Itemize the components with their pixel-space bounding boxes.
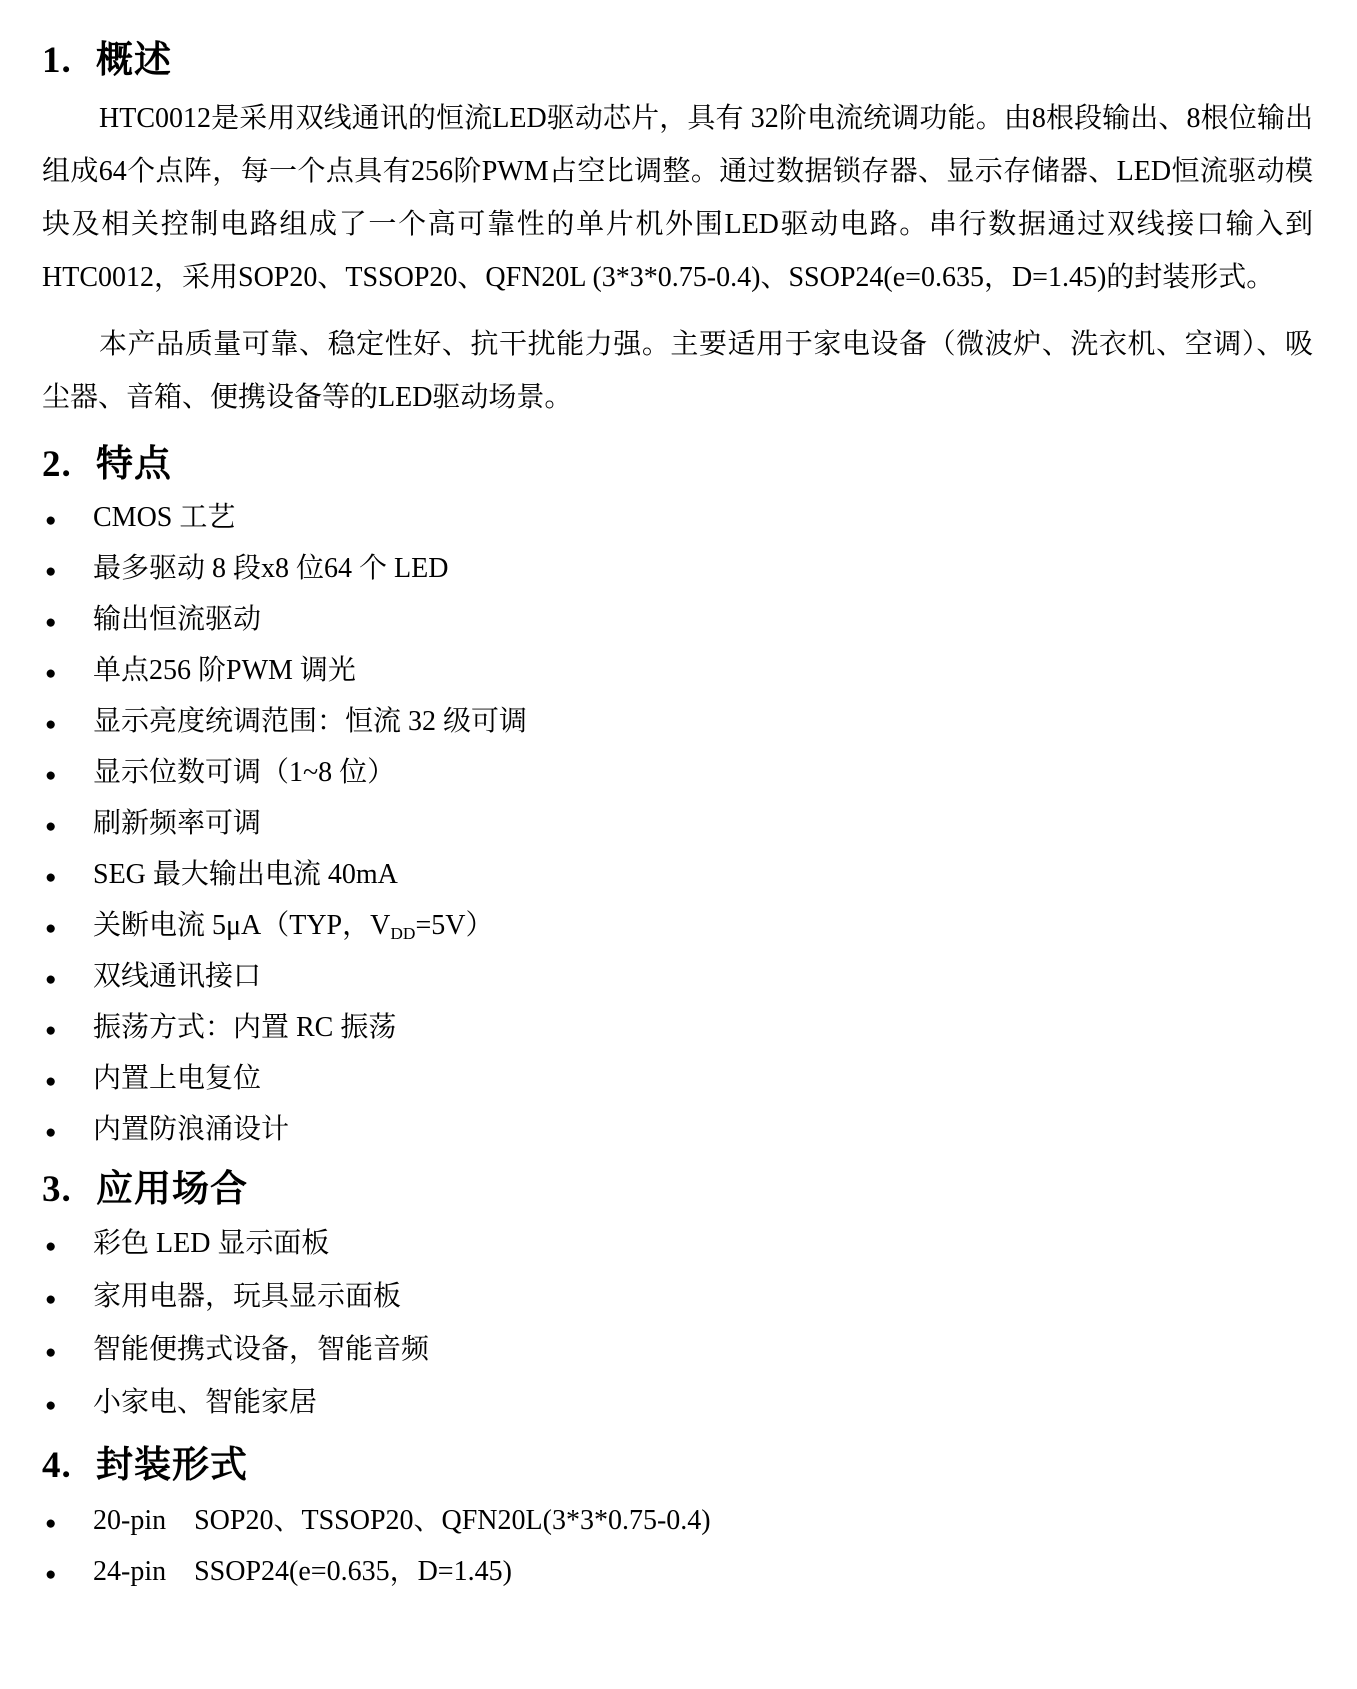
feature-item: ●SEG 最大输出电流 40mA	[42, 851, 1313, 902]
section-packages-title: 封装形式	[96, 1445, 248, 1486]
section-applications-heading: 3.应用场合	[42, 1167, 1313, 1213]
datasheet-page: 1.概述 HTC0012是采用双线通讯的恒流LED驱动芯片，具有 32阶电流统调…	[0, 0, 1357, 1689]
bullet-icon: ●	[42, 1500, 93, 1548]
bullet-icon: ●	[42, 956, 93, 1004]
application-item: ●智能便携式设备，智能音频	[42, 1325, 1313, 1378]
bullet-icon: ●	[42, 854, 93, 902]
section-overview: 1.概述 HTC0012是采用双线通讯的恒流LED驱动芯片，具有 32阶电流统调…	[42, 38, 1313, 424]
application-item: ●小家电、智能家居	[42, 1378, 1313, 1431]
feature-text: 刷新频率可调	[93, 800, 261, 848]
section-packages: 4.封装形式 ●20-pin SOP20、TSSOP20、QFN20L(3*3*…	[42, 1443, 1313, 1599]
feature-text: 内置防浪涌设计	[93, 1106, 289, 1154]
package-text: 20-pin SOP20、TSSOP20、QFN20L(3*3*0.75-0.4…	[93, 1497, 711, 1545]
bullet-icon: ●	[42, 803, 93, 851]
feature-item: ●双线通讯接口	[42, 953, 1313, 1004]
feature-item: ●刷新频率可调	[42, 800, 1313, 851]
section-features-number: 2.	[42, 442, 96, 488]
bullet-icon: ●	[42, 1275, 93, 1325]
section-overview-heading: 1.概述	[42, 38, 1313, 84]
feature-text: 双线通讯接口	[93, 953, 261, 1001]
bullet-icon: ●	[42, 1109, 93, 1157]
application-text: 小家电、智能家居	[93, 1378, 317, 1428]
bullet-icon: ●	[42, 497, 93, 545]
packages-list: ●20-pin SOP20、TSSOP20、QFN20L(3*3*0.75-0.…	[42, 1497, 1313, 1599]
section-features-heading: 2.特点	[42, 442, 1313, 488]
feature-item: ●输出恒流驱动	[42, 596, 1313, 647]
package-text: 24-pin SSOP24(e=0.635，D=1.45)	[93, 1548, 512, 1596]
bullet-icon: ●	[42, 1381, 93, 1431]
bullet-icon: ●	[42, 752, 93, 800]
section-packages-number: 4.	[42, 1443, 96, 1489]
bullet-icon: ●	[42, 1007, 93, 1055]
feature-text: 显示位数可调（1~8 位）	[93, 749, 395, 797]
section-applications: 3.应用场合 ●彩色 LED 显示面板 ●家用电器，玩具显示面板 ●智能便携式设…	[42, 1167, 1313, 1431]
feature-text: CMOS 工艺	[93, 494, 235, 542]
bullet-icon: ●	[42, 905, 93, 953]
vdd-subscript: DD	[390, 924, 415, 943]
section-packages-heading: 4.封装形式	[42, 1443, 1313, 1489]
application-text: 家用电器，玩具显示面板	[93, 1272, 401, 1322]
feature-item: ●显示亮度统调范围：恒流 32 级可调	[42, 698, 1313, 749]
bullet-icon: ●	[42, 1328, 93, 1378]
bullet-icon: ●	[42, 548, 93, 596]
feature-text: 关断电流 5μA（TYP，VDD=5V）	[93, 902, 493, 953]
feature-item: ●最多驱动 8 段x8 位64 个 LED	[42, 545, 1313, 596]
bullet-icon: ●	[42, 599, 93, 647]
feature-item: ●内置上电复位	[42, 1055, 1313, 1106]
feature-text: 最多驱动 8 段x8 位64 个 LED	[93, 545, 448, 593]
applications-list: ●彩色 LED 显示面板 ●家用电器，玩具显示面板 ●智能便携式设备，智能音频 …	[42, 1219, 1313, 1431]
features-list: ●CMOS 工艺 ●最多驱动 8 段x8 位64 个 LED ●输出恒流驱动 ●…	[42, 494, 1313, 1157]
application-item: ●彩色 LED 显示面板	[42, 1219, 1313, 1272]
bullet-icon: ●	[42, 1222, 93, 1272]
bullet-icon: ●	[42, 1058, 93, 1106]
application-text: 智能便携式设备，智能音频	[93, 1325, 429, 1375]
feature-item-shutdown-current: ●关断电流 5μA（TYP，VDD=5V）	[42, 902, 1313, 953]
feature-text: 振荡方式：内置 RC 振荡	[93, 1004, 396, 1052]
feature-item: ●振荡方式：内置 RC 振荡	[42, 1004, 1313, 1055]
shutdown-current-pre: 关断电流 5μA（TYP，V	[93, 910, 390, 941]
section-applications-number: 3.	[42, 1167, 96, 1213]
section-features: 2.特点 ●CMOS 工艺 ●最多驱动 8 段x8 位64 个 LED ●输出恒…	[42, 442, 1313, 1157]
section-overview-number: 1.	[42, 38, 96, 84]
feature-item: ●CMOS 工艺	[42, 494, 1313, 545]
feature-item: ●显示位数可调（1~8 位）	[42, 749, 1313, 800]
overview-paragraph-2: 本产品质量可靠、稳定性好、抗干扰能力强。主要适用于家电设备（微波炉、洗衣机、空调…	[42, 318, 1313, 424]
feature-text: SEG 最大输出电流 40mA	[93, 851, 398, 899]
feature-text: 显示亮度统调范围：恒流 32 级可调	[93, 698, 527, 746]
section-features-title: 特点	[96, 444, 172, 485]
feature-text: 内置上电复位	[93, 1055, 261, 1103]
package-item: ●20-pin SOP20、TSSOP20、QFN20L(3*3*0.75-0.…	[42, 1497, 1313, 1548]
shutdown-current-post: =5V）	[415, 910, 493, 941]
section-applications-title: 应用场合	[96, 1169, 248, 1210]
feature-text: 单点256 阶PWM 调光	[93, 647, 356, 695]
bullet-icon: ●	[42, 1551, 93, 1599]
bullet-icon: ●	[42, 701, 93, 749]
package-item: ●24-pin SSOP24(e=0.635，D=1.45)	[42, 1548, 1313, 1599]
feature-item: ●内置防浪涌设计	[42, 1106, 1313, 1157]
feature-item: ●单点256 阶PWM 调光	[42, 647, 1313, 698]
feature-text: 输出恒流驱动	[93, 596, 261, 644]
overview-paragraph-1: HTC0012是采用双线通讯的恒流LED驱动芯片，具有 32阶电流统调功能。由8…	[42, 92, 1313, 304]
application-item: ●家用电器，玩具显示面板	[42, 1272, 1313, 1325]
section-overview-title: 概述	[96, 40, 172, 81]
bullet-icon: ●	[42, 650, 93, 698]
application-text: 彩色 LED 显示面板	[93, 1219, 329, 1269]
